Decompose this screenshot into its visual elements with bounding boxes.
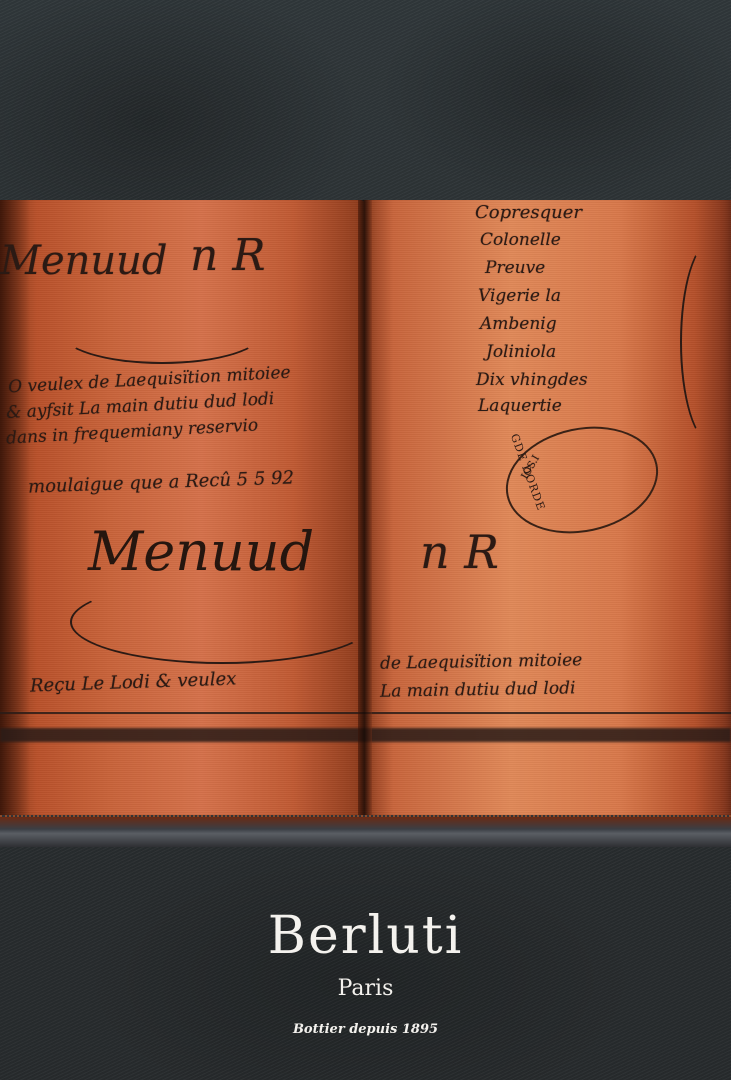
fold-crease [358,200,372,830]
script-line: Vigerie la [478,286,561,306]
rolled-hem [0,815,731,847]
brand-tagline: Bottier depuis 1895 [0,1022,731,1037]
script-line: Preuve [485,258,545,278]
signature-top: Menuud [0,238,168,284]
signature-bottom: Menuud [88,520,314,583]
brand-city: Paris [0,976,731,1001]
script-line: Dix vhingdes [476,370,588,390]
script-line: Laquertie [478,396,562,416]
flourish [60,300,264,364]
script-line: La main dutiu dud lodi [380,678,576,701]
flourish [70,580,374,664]
script-line: Ambenig [480,314,557,334]
script-line: de Laequisïtion mitoiee [380,650,583,674]
script-line: Colonelle [480,230,561,250]
script-line: Copresquer [475,202,582,223]
brand-logo: Berluti [0,906,731,966]
script-line: Joliniola [486,342,556,362]
signature-marks-top: n R [190,230,265,281]
signature-marks-bottom: n R [420,525,499,579]
silk-scarf: Menuud n R O veulex de Laequisïtion mito… [0,200,731,840]
